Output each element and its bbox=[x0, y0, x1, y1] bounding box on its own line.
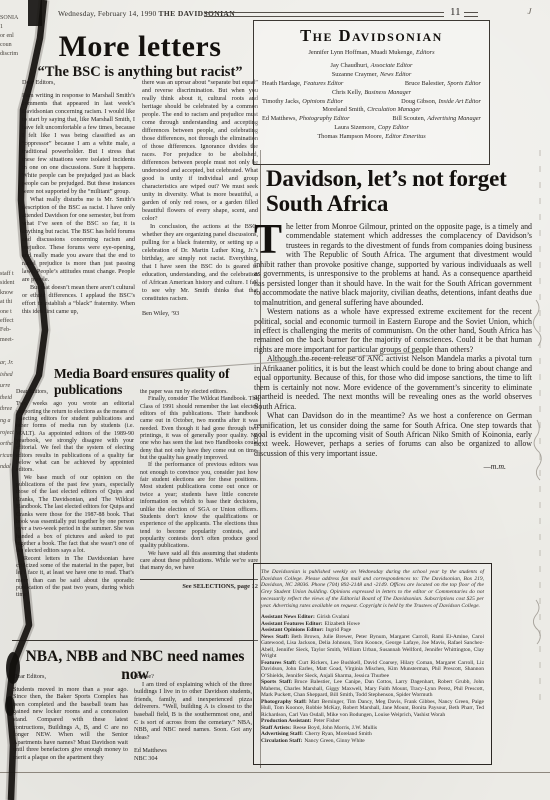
media-letter-column-2: the paper was run by elected editors. Fi… bbox=[140, 389, 258, 639]
masthead-row-editors: Jennifer Lynn Hoffman, Muadi Mukenge,Edi… bbox=[262, 49, 481, 58]
page-number: 11 bbox=[450, 6, 461, 18]
masthead-row-photo-advertising: Ed Matthews,Photography Editor Bill Scou… bbox=[262, 115, 481, 124]
staff-names: Bruce Balestier, Lee Canipe, Dan Cottos,… bbox=[261, 679, 484, 698]
letter-paragraph: I am writing in response to Marshall Smi… bbox=[22, 92, 135, 196]
letter-paragraph: We base much of our opinion on the publi… bbox=[16, 475, 134, 556]
continued-on-page-jumpline: See SELECTIONS, page 12 bbox=[140, 579, 258, 590]
editorial-text: he letter from Monroe Gilmour, printed o… bbox=[254, 222, 532, 307]
staff-role-label: Features Staff: bbox=[261, 660, 297, 666]
staff-role-label: Production Assistant: bbox=[261, 718, 311, 724]
nba-letter-column-2: choose? I am tired of explaining which o… bbox=[134, 673, 252, 773]
staff-line: Features Staff:Curt Rickers, Lee Bushkel… bbox=[261, 660, 484, 680]
staff-role-label: Photography Staff: bbox=[261, 699, 307, 705]
staff-names: Cherry Ryan, Moreland Smith bbox=[305, 731, 372, 737]
editor-title: Advertising Manager bbox=[427, 115, 481, 122]
colophon-box: The Davidsonian is published weekly on W… bbox=[253, 563, 492, 765]
staff-role-label: Assistant Opinions Editor: bbox=[261, 627, 324, 633]
letter-paragraph: I am tired of explaining which of the th… bbox=[134, 681, 252, 742]
editor-cell: Timothy Jacks,Opinions Editor bbox=[262, 98, 343, 107]
staff-role-label: Circulation Staff: bbox=[261, 738, 302, 744]
letter-salutation: Dear Editors, bbox=[22, 79, 135, 87]
editorial-headline: Davidson, let’s not forget South Africa bbox=[266, 166, 516, 216]
editor-title: Sports Editor bbox=[447, 80, 481, 87]
section-divider-rule bbox=[12, 640, 258, 641]
masthead-title: The Davidsonian bbox=[262, 26, 481, 46]
masthead-row-circulation: Moreland Smith,Circulation Manager bbox=[262, 106, 481, 115]
letter-signature-address: NBC 304 bbox=[134, 755, 252, 763]
letter-paragraph: there was an uproar about “separate but … bbox=[142, 79, 258, 223]
bsc-letter-column-2: there was an uproar about “separate but … bbox=[142, 79, 258, 361]
editor-cell: Doug Gibson,Inside Art Editor bbox=[401, 98, 481, 107]
header-rule-tail bbox=[464, 12, 478, 17]
staff-names: Peter Fisher bbox=[313, 718, 339, 724]
masthead-row-features-sports: Heath Hardage,Features Editor Bruce Bale… bbox=[262, 80, 481, 89]
editor-names: Heath Hardage, bbox=[262, 80, 302, 87]
editor-cell: Heath Hardage,Features Editor bbox=[262, 80, 343, 89]
section-title-more-letters: More letters bbox=[30, 30, 250, 64]
drop-cap: T bbox=[254, 222, 286, 257]
adjacent-page-text-fragment: staff t sident know at thi one t effect … bbox=[0, 270, 34, 356]
letter-paragraph: What really disturbs me is Mr. Smith’s d… bbox=[22, 196, 135, 284]
header-double-rule bbox=[204, 12, 444, 17]
editorial-paragraph: Although the recent release of ANC activ… bbox=[254, 354, 532, 411]
masthead-row-news: Suzanne Craymer,News Editor bbox=[262, 71, 481, 80]
editor-names: Laura Sizemore, bbox=[334, 124, 376, 131]
editor-title: Photography Editor bbox=[299, 115, 350, 122]
letter-signature: Ben Wiley, ’93 bbox=[142, 310, 258, 318]
staff-names: Nancy Green, Ginny White bbox=[304, 738, 364, 744]
staff-role-label: Sports Staff: bbox=[261, 679, 292, 685]
staff-names: Ingrid Page bbox=[326, 627, 352, 633]
editor-names: Moreland Smith, bbox=[322, 106, 365, 113]
nba-letter: Dear Editors, Students moved in more tha… bbox=[13, 673, 253, 773]
editor-title: Editor Emeritus bbox=[385, 133, 425, 140]
date-text: Wednesday, February 14, 1990 bbox=[58, 9, 156, 18]
letter-paragraph: In conclusion, the actions at the BSC, w… bbox=[142, 223, 258, 303]
editor-names: Ed Matthews, bbox=[262, 115, 297, 122]
colophon-about-text: The Davidsonian is published weekly on W… bbox=[261, 569, 484, 609]
editor-title: Editors bbox=[416, 49, 435, 56]
nba-letter-column-1: Dear Editors, Students moved in more tha… bbox=[13, 673, 128, 773]
newspaper-page-scan: Wednesday, February 14, 1990 THE DAVIDSO… bbox=[0, 0, 550, 800]
editor-title: Business Manager bbox=[364, 89, 411, 96]
staff-line: Photography Staff:Matt Berninger, Tim Da… bbox=[261, 699, 484, 719]
masthead-box: The Davidsonian Jennifer Lynn Hoffman, M… bbox=[253, 20, 490, 165]
letter-paragraph: the paper was run by elected editors. bbox=[140, 389, 258, 396]
editor-names: Timothy Jacks, bbox=[262, 98, 300, 105]
letter-paragraph: Finally, consider The Wildcat Handbook. … bbox=[140, 396, 258, 462]
editor-title: Circulation Manager bbox=[367, 106, 420, 113]
staff-role-label: Assistant Features Editor: bbox=[261, 621, 323, 627]
adjacent-page-text-fragment: SONIA 1 or enl coun discrim bbox=[0, 14, 22, 84]
handwritten-margin-marks bbox=[530, 0, 550, 800]
editor-cell: Ed Matthews,Photography Editor bbox=[262, 115, 350, 124]
staff-names: Beth Brown, Julie Brewer, Peter Bynum, M… bbox=[261, 634, 484, 660]
letter-paragraph: choose? bbox=[134, 673, 252, 681]
editor-title: Opinions Editor bbox=[302, 98, 343, 105]
staff-role-label: Staff Artists: bbox=[261, 725, 291, 731]
media-board-letter: Dear Editors, Two weeks ago you wrote an… bbox=[16, 389, 258, 639]
staff-role-label: Advertising Staff: bbox=[261, 731, 303, 737]
editor-cell: Bill Scouten,Advertising Manager bbox=[392, 115, 481, 124]
letter-signature: Ed Matthews bbox=[134, 747, 252, 755]
editor-title: Features Editor bbox=[304, 80, 344, 87]
masthead-row-emeritus: Thomas Hampson Moore,Editor Emeritus bbox=[262, 133, 481, 142]
staff-line: Sports Staff:Bruce Balestier, Lee Canipe… bbox=[261, 679, 484, 699]
masthead-row-associate: Jay Chaudhuri,Associate Editor bbox=[262, 62, 481, 71]
editor-names: Thomas Hampson Moore, bbox=[317, 133, 383, 140]
editor-names: Suzanne Craymer, bbox=[332, 71, 378, 78]
editor-names: Bill Scouten, bbox=[392, 115, 425, 122]
letter-paragraph: We have said all this assuming that stud… bbox=[140, 551, 258, 573]
letter-paragraph: But that doesn’t mean there aren’t cultu… bbox=[22, 284, 135, 316]
editorial-paragraph: The letter from Monroe Gilmour, printed … bbox=[254, 222, 532, 307]
editor-title: Associate Editor bbox=[371, 62, 413, 69]
staff-line: News Staff:Beth Brown, Julie Brewer, Pet… bbox=[261, 634, 484, 660]
scan-corner-mark: J bbox=[527, 6, 533, 17]
letter-paragraph: Students moved in more than a year ago. … bbox=[13, 686, 128, 762]
editor-names: Jay Chaudhuri, bbox=[331, 62, 369, 69]
letter-paragraph: Recent letters in The Davidsonian have c… bbox=[16, 556, 134, 600]
editorial-body: The letter from Monroe Gilmour, printed … bbox=[254, 222, 532, 552]
staff-names: Elizabeth Howe bbox=[325, 621, 360, 627]
editor-title: Copy Editor bbox=[378, 124, 409, 131]
editor-names: Jennifer Lynn Hoffman, Muadi Mukenge, bbox=[308, 49, 414, 56]
staff-names: Girish Gvalani bbox=[317, 614, 350, 620]
editor-title: News Editor bbox=[380, 71, 411, 78]
editor-cell: Bruce Balestier,Sports Editor bbox=[405, 80, 481, 89]
editorial-paragraph: Western nations as a whole have expresse… bbox=[254, 307, 532, 354]
editor-names: Doug Gibson, bbox=[401, 98, 436, 105]
bsc-letter: Dear Editors, I am writing in response t… bbox=[22, 79, 258, 361]
editor-names: Bruce Balestier, bbox=[405, 80, 445, 87]
staff-role-label: News Staff: bbox=[261, 634, 289, 640]
adjacent-page-text-fragment: ar, Jr. ished urre theid three ng a roje… bbox=[0, 358, 34, 476]
editorial-paragraph: What can Davidson do in the meantime? As… bbox=[254, 411, 532, 458]
letter-paragraph: If the performance of previous editors w… bbox=[140, 462, 258, 550]
editorial-signature: —m.m. bbox=[254, 462, 532, 471]
masthead-row-business: Chris Kelly,Business Manager bbox=[262, 89, 481, 98]
editor-names: Chris Kelly, bbox=[332, 89, 362, 96]
staff-line: Circulation Staff:Nancy Green, Ginny Whi… bbox=[261, 738, 484, 745]
masthead-row-copy: Laura Sizemore,Copy Editor bbox=[262, 124, 481, 133]
staff-role-label: Assistant News Editor: bbox=[261, 614, 315, 620]
bsc-letter-column-1: Dear Editors, I am writing in response t… bbox=[22, 79, 135, 361]
editor-title: Inside Art Editor bbox=[438, 98, 481, 105]
letter-salutation: Dear Editors, bbox=[13, 673, 128, 681]
masthead-row-opinions-art: Timothy Jacks,Opinions Editor Doug Gibso… bbox=[262, 98, 481, 107]
staff-names: Reese Boyd, John Morris, J.W. Mullis bbox=[293, 725, 377, 731]
page-bottom-rule bbox=[0, 772, 550, 773]
